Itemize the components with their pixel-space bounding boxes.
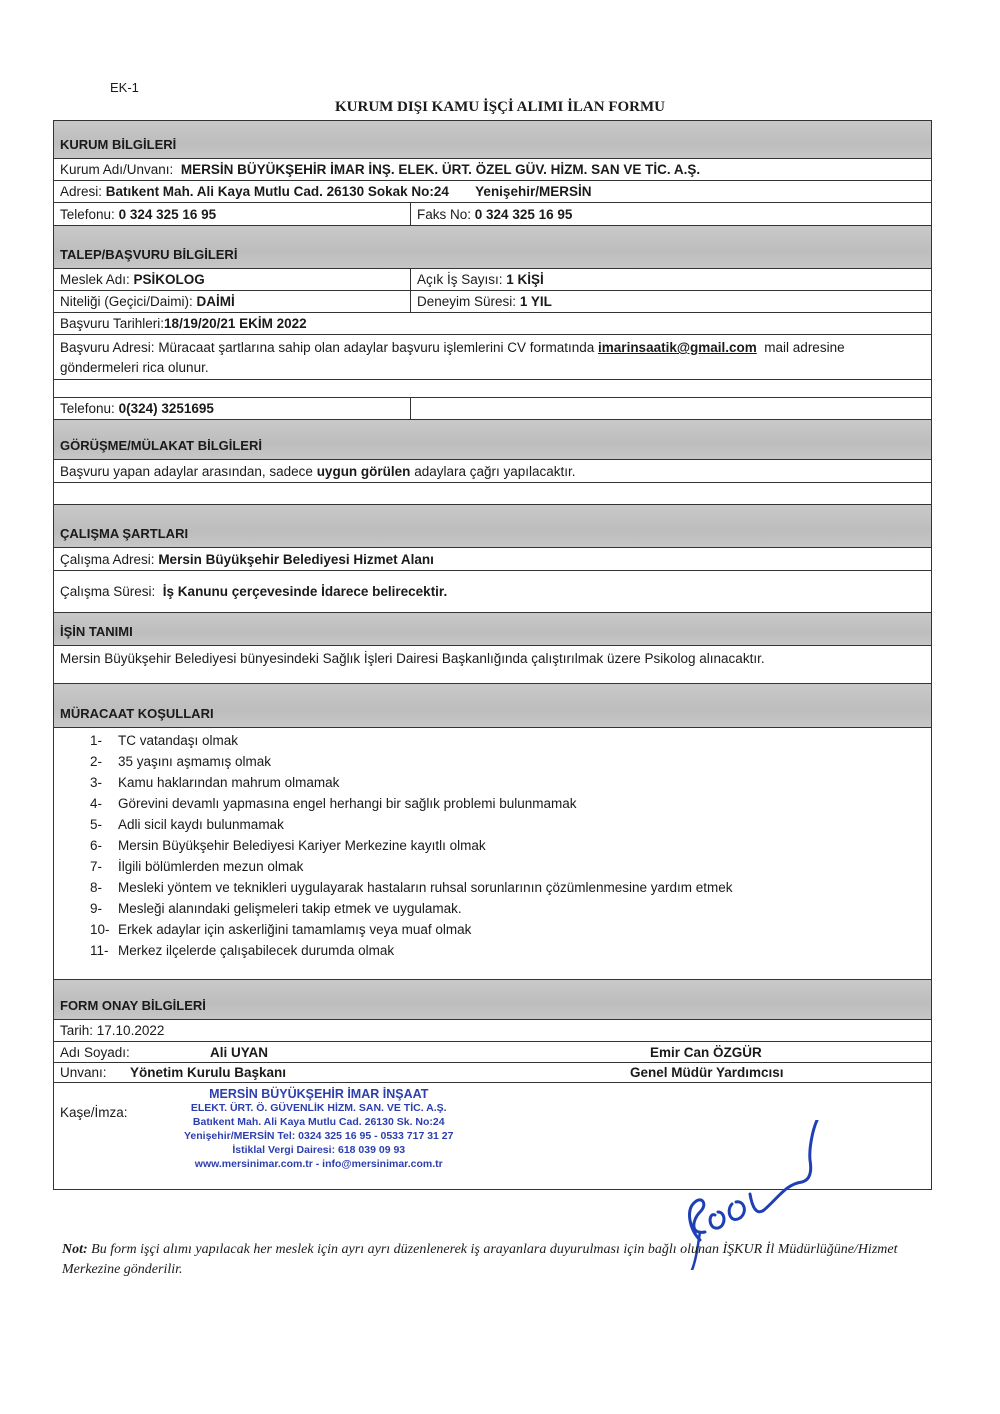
requirement-number: 9- [90,898,118,919]
section-kosullar: MÜRACAAT KOŞULLARI [54,683,931,727]
stamp-line: www.mersinimar.com.tr - info@mersinimar.… [184,1157,453,1171]
requirement-item: 4-Görevini devamlı yapmasına engel herha… [90,793,931,814]
label: Telefonu: [60,207,115,222]
gorusme-row: Başvuru yapan adaylar arasından, sadece … [54,459,931,482]
section-kurum: KURUM BİLGİLERİ [54,120,931,158]
section-gorusme: GÖRÜŞME/MÜLAKAT BİLGİLERİ [54,419,931,459]
stamp-line: Batıkent Mah. Ali Kaya Mutlu Cad. 26130 … [184,1115,453,1129]
requirement-number: 7- [90,856,118,877]
company-stamp: MERSİN BÜYÜKŞEHİR İMAR İNŞAATELEKT. ÜRT.… [184,1087,453,1171]
requirement-item: 5-Adli sicil kaydı bulunmamak [90,814,931,835]
requirement-number: 3- [90,772,118,793]
requirement-item: 6-Mersin Büyükşehir Belediyesi Kariyer M… [90,835,931,856]
approval-date-row: Tarih: 17.10.2022 [54,1019,931,1041]
requirement-number: 6- [90,835,118,856]
label: Telefonu: [60,401,115,416]
requirement-item: 9-Mesleği alanındaki gelişmeleri takip e… [90,898,931,919]
document-title: KURUM DIŞI KAMU İŞÇİ ALIMI İLAN FORMU [0,99,1000,116]
requirement-text: Mesleği alanındaki gelişmeleri takip etm… [118,898,462,919]
work-duration-value: İş Kanunu çerçevesinde İdarece belirecek… [163,584,447,599]
requirement-number: 1- [90,730,118,751]
job-value: PSİKOLOG [134,272,205,287]
note-label: Not: [62,1242,88,1257]
approval-date: 17.10.2022 [97,1023,165,1038]
dates-row: Başvuru Tarihleri:18/19/20/21 EKİM 2022 [54,312,931,334]
apply-address-row: Başvuru Adresi: Müracaat şartlarına sahi… [54,334,931,379]
requirements-list: 1-TC vatandaşı olmak2-35 yaşını aşmamış … [54,727,931,979]
requirement-text: Adli sicil kaydı bulunmamak [118,814,284,835]
job-row: Meslek Adı: PSİKOLOG Açık İş Sayısı: 1 K… [54,268,931,290]
stamp-line: ELEKT. ÜRT. Ö. GÜVENLİK HİZM. SAN. VE Tİ… [184,1101,453,1115]
label: Niteliği (Geçici/Daimi): [60,294,193,309]
annex-label: EK-1 [110,80,139,95]
work-address-row: Çalışma Adresi: Mersin Büyükşehir Beledi… [54,547,931,570]
talep-phone-value: 0(324) 3251695 [119,401,214,416]
stamp-label: Kaşe/İmza: [60,1105,128,1120]
empty-row [54,379,931,397]
requirement-item: 3-Kamu haklarından mahrum olmamak [90,772,931,793]
work-duration-row: Çalışma Süresi: İş Kanunu çerçevesinde İ… [54,570,931,612]
stamp-line: Yenişehir/MERSİN Tel: 0324 325 16 95 - 0… [184,1129,453,1143]
kurum-fax-value: 0 324 325 16 95 [475,207,573,222]
label: Meslek Adı: [60,272,130,287]
kurum-phone-row: Telefonu: 0 324 325 16 95 Faks No: 0 324… [54,202,931,225]
requirement-item: 7-İlgili bölümlerden mezun olmak [90,856,931,877]
label: Açık İş Sayısı: [417,272,503,287]
section-title: İŞİN TANIMI [60,624,133,639]
footnote: Not: Bu form işçi alımı yapılacak her me… [62,1240,932,1280]
requirement-number: 2- [90,751,118,772]
job-description: Mersin Büyükşehir Belediyesi bünyesindek… [60,651,765,666]
requirement-text: Mesleki yöntem ve teknikleri uygulayarak… [118,877,733,898]
section-title: TALEP/BAŞVURU BİLGİLERİ [60,247,237,262]
section-title: ÇALIŞMA ŞARTLARI [60,526,188,541]
apply-email-link[interactable]: imarinsaatik@gmail.com [598,340,757,355]
requirement-item: 8-Mesleki yöntem ve teknikleri uygulayar… [90,877,931,898]
signer-2-title: Genel Müdür Yardımcısı [630,1065,784,1080]
section-title: FORM ONAY BİLGİLERİ [60,998,206,1013]
section-onay: FORM ONAY BİLGİLERİ [54,979,931,1019]
signer-2-name: Emir Can ÖZGÜR [650,1045,762,1060]
label: Tarih: [60,1023,93,1038]
label: Adı Soyadı: [60,1045,210,1060]
requirement-number: 11- [90,940,118,961]
label: Çalışma Süresi: [60,584,155,599]
requirement-text: 35 yaşını aşmamış olmak [118,751,271,772]
requirement-item: 1-TC vatandaşı olmak [90,730,931,751]
gorusme-text: adaylara çağrı yapılacaktır. [414,464,575,479]
kurum-address-row: Adresi: Batıkent Mah. Ali Kaya Mutlu Cad… [54,180,931,202]
dates-value: 18/19/20/21 EKİM 2022 [164,316,307,331]
section-title: KURUM BİLGİLERİ [60,137,176,152]
requirement-text: Erkek adaylar için askerliğini tamamlamı… [118,919,471,940]
label: Deneyim Süresi: [417,294,516,309]
openings-value: 1 KİŞİ [506,272,544,287]
experience-value: 1 YIL [520,294,552,309]
requirement-item: 2-35 yaşını aşmamış olmak [90,751,931,772]
requirement-text: Kamu haklarından mahrum olmamak [118,772,339,793]
signer-1-name: Ali UYAN [210,1045,650,1060]
approval-name-row: Adı Soyadı: Ali UYAN Emir Can ÖZGÜR [54,1041,931,1062]
label: Başvuru Adresi: [60,340,155,355]
label: Faks No: [417,207,471,222]
requirement-text: Merkez ilçelerde çalışabilecek durumda o… [118,940,394,961]
requirement-text: Görevini devamlı yapmasına engel herhang… [118,793,577,814]
section-title: MÜRACAAT KOŞULLARI [60,706,214,721]
note-text: Bu form işçi alımı yapılacak her meslek … [62,1242,897,1277]
approval-title-row: Unvanı: Yönetim Kurulu Başkanı Genel Müd… [54,1062,931,1082]
stamp-line: İstiklal Vergi Dairesi: 618 039 09 93 [184,1143,453,1157]
requirement-number: 10- [90,919,118,940]
kurum-phone-value: 0 324 325 16 95 [119,207,217,222]
label: Çalışma Adresi: [60,552,155,567]
requirement-number: 4- [90,793,118,814]
apply-text: Müracaat şartlarına sahip olan adaylar b… [158,340,594,355]
section-tanim: İŞİN TANIMI [54,612,931,645]
empty-row [54,482,931,504]
talep-phone-row: Telefonu: 0(324) 3251695 [54,397,931,419]
label: Adresi: [60,184,102,199]
requirement-number: 8- [90,877,118,898]
section-title: GÖRÜŞME/MÜLAKAT BİLGİLERİ [60,438,262,453]
requirement-text: İlgili bölümlerden mezun olmak [118,856,303,877]
requirement-text: TC vatandaşı olmak [118,730,238,751]
label: Unvanı: [60,1065,130,1080]
requirement-text: Mersin Büyükşehir Belediyesi Kariyer Mer… [118,835,486,856]
kurum-name-row: Kurum Adı/Unvanı: MERSİN BÜYÜKŞEHİR İMAR… [54,158,931,180]
label: Başvuru Tarihleri: [60,316,164,331]
requirement-item: 10-Erkek adaylar için askerliğini tamaml… [90,919,931,940]
kurum-city-value: Yenişehir/MERSİN [475,184,591,199]
gorusme-bold: uygun görülen [317,464,411,479]
type-row: Niteliği (Geçici/Daimi): DAİMİ Deneyim S… [54,290,931,312]
requirement-number: 5- [90,814,118,835]
signer-1-title: Yönetim Kurulu Başkanı [130,1065,630,1080]
type-value: DAİMİ [197,294,235,309]
job-description-row: Mersin Büyükşehir Belediyesi bünyesindek… [54,645,931,683]
stamp-line: MERSİN BÜYÜKŞEHİR İMAR İNŞAAT [184,1087,453,1101]
section-talep: TALEP/BAŞVURU BİLGİLERİ [54,225,931,268]
work-address-value: Mersin Büyükşehir Belediyesi Hizmet Alan… [158,552,434,567]
section-calisma: ÇALIŞMA ŞARTLARI [54,504,931,547]
requirement-item: 11-Merkez ilçelerde çalışabilecek durumd… [90,940,931,961]
kurum-name-value: MERSİN BÜYÜKŞEHİR İMAR İNŞ. ELEK. ÜRT. Ö… [181,162,700,177]
kurum-address-value: Batıkent Mah. Ali Kaya Mutlu Cad. 26130 … [106,184,449,199]
application-form: KURUM BİLGİLERİ Kurum Adı/Unvanı: MERSİN… [53,120,932,1190]
label: Kurum Adı/Unvanı: [60,162,173,177]
gorusme-text: Başvuru yapan adaylar arasından, sadece [60,464,313,479]
